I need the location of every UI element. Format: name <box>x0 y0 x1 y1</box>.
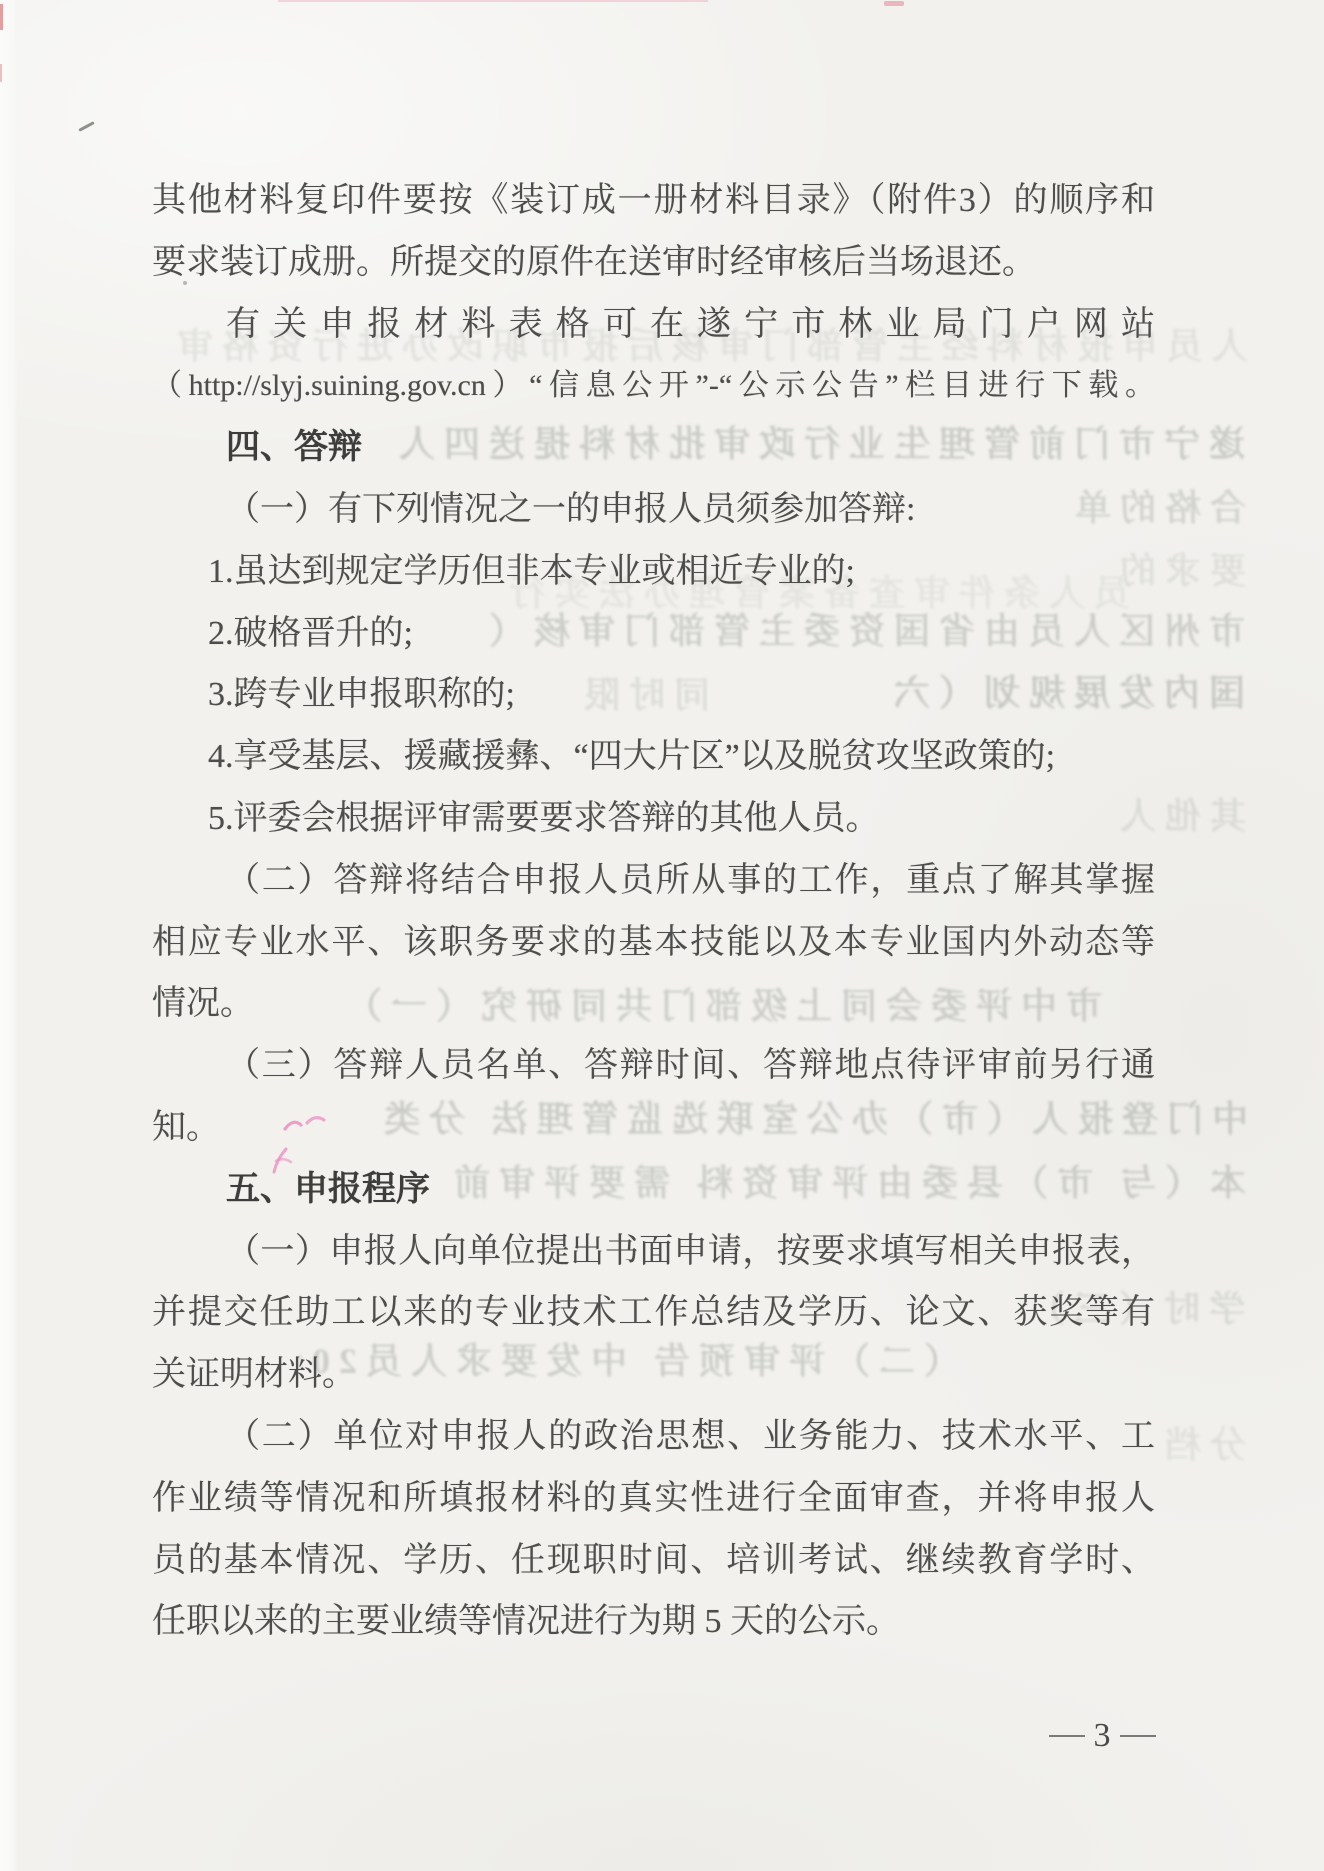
text-line: 4.享受基层、援藏援彝、“四大片区”以及脱贫攻坚政策的; <box>152 726 1155 788</box>
bleedthrough-text: 分档 <box>1160 1422 1246 1468</box>
text-line: 相应专业水平、该职务要求的基本技能以及本专业国内外动态等 <box>152 912 1155 974</box>
text-line: 其他材料复印件要按《装订成一册材料目录》（附件3）的顺序和 <box>152 170 1155 232</box>
text-line: （二）单位对申报人的政治思想、业务能力、技术水平、工 <box>152 1406 1155 1468</box>
scan-edge-artifact-pink <box>278 0 708 2</box>
text-line: 任职以来的主要业绩等情况进行为期 5 天的公示。 <box>152 1591 1155 1653</box>
text-line: （二）答辩将结合申报人员所从事的工作，重点了解其掌握 <box>152 850 1155 912</box>
section-heading: 五、申报程序 <box>152 1159 1155 1221</box>
text-line: 3.跨专业申报职称的; <box>152 664 1155 726</box>
text-line: 并提交任助工以来的专业技术工作总结及学历、论文、获奖等有 <box>152 1282 1155 1344</box>
text-line: 作业绩等情况和所填报材料的真实性进行全面审查，并将申报人 <box>152 1468 1155 1530</box>
text-line: （一）申报人向单位提出书面申请，按要求填写相关申报表， <box>152 1221 1155 1283</box>
page-number-dash-right <box>1120 1735 1156 1737</box>
page-number: 3 <box>1042 1716 1162 1756</box>
document-text: 其他材料复印件要按《装订成一册材料目录》（附件3）的顺序和要求装订成册。所提交的… <box>152 170 1155 1653</box>
text-line: （http://slyj.suining.gov.cn）“信息公开”-“公示公告… <box>152 355 1155 417</box>
scan-edge-artifact-red <box>884 1 904 6</box>
section-heading: 四、答辩 <box>152 417 1155 479</box>
page-number-dash-left <box>1049 1735 1085 1737</box>
text-line: 要求装订成册。所提交的原件在送审时经审核后当场退还。 <box>152 232 1155 294</box>
text-line: 关证明材料。 <box>152 1344 1155 1406</box>
scan-edge-left <box>0 0 18 1871</box>
text-line: （三）答辩人员名单、答辩时间、答辩地点待评审前另行通 <box>152 1035 1155 1097</box>
text-line: 情况。 <box>152 973 1155 1035</box>
text-line: 5.评委会根据评审需要要求答辩的其他人员。 <box>152 788 1155 850</box>
page-number-value: 3 <box>1094 1716 1111 1756</box>
scan-edge-artifact-red <box>0 4 3 30</box>
text-line: 2.破格晋升的; <box>152 603 1155 665</box>
text-line: 有关申报材料表格可在遂宁市林业局门户网站 <box>152 294 1155 356</box>
text-line: （一）有下列情况之一的申报人员须参加答辩: <box>152 479 1155 541</box>
text-line: 员的基本情况、学历、任现职时间、培训考试、继续教育学时、 <box>152 1530 1155 1592</box>
text-line: 1.虽达到规定学历但非本专业或相近专业的; <box>152 541 1155 603</box>
text-line: 知。 <box>152 1097 1155 1159</box>
scan-edge-artifact-red <box>0 64 2 82</box>
scanned-document-page: 人员申报材料经主管部门审核后报市职改办进行资格审查备案遂宁市门前管理生业行政审批… <box>0 0 1324 1871</box>
